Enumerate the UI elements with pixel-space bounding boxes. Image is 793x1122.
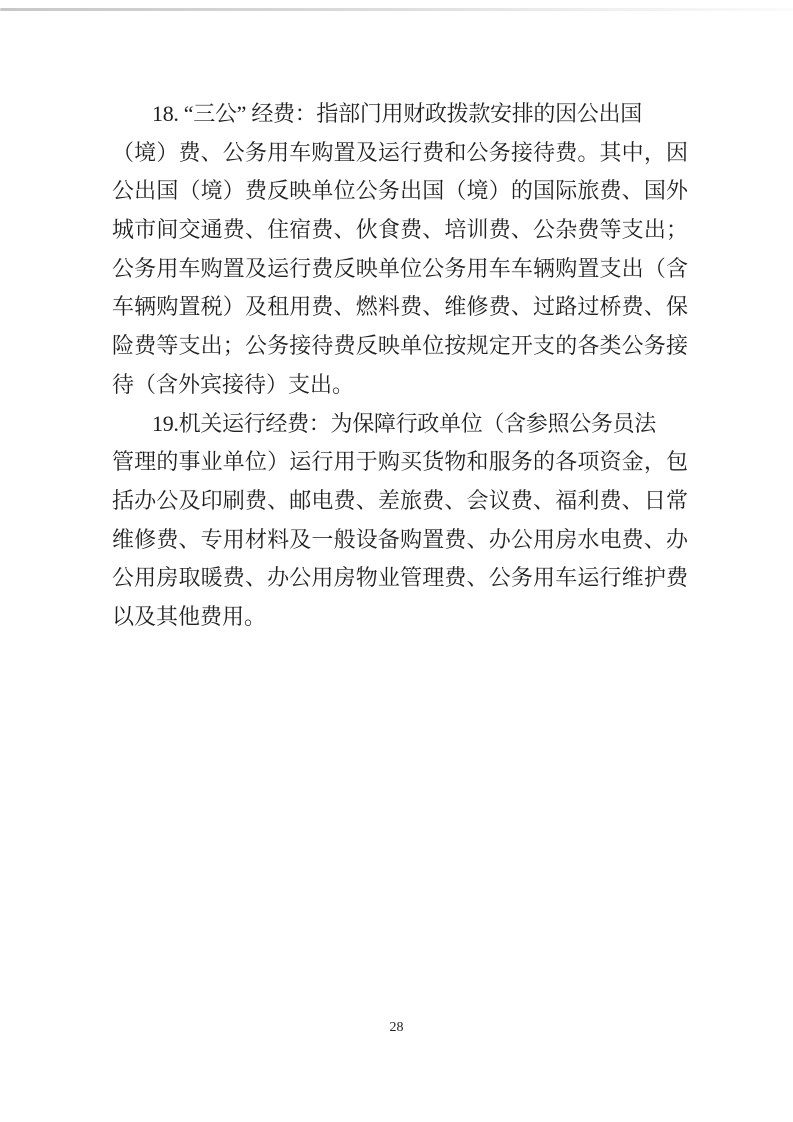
text-line: 公用房取暖费、办公用房物业管理费、公务用车运行维护费 [112, 559, 688, 598]
text-line: 城市间交通费、住宿费、伙食费、培训费、公杂费等支出； [112, 211, 688, 250]
text-line: 管理的事业单位）运行用于购买货物和服务的各项资金，包 [112, 443, 688, 482]
text-line: 18. “三公” 经费：指部门用财政拨款安排的因公出国 [112, 95, 688, 134]
text-line: 公出国（境）费反映单位公务出国（境）的国际旅费、国外 [112, 172, 688, 211]
text-line: 以及其他费用。 [112, 598, 688, 637]
text-line: 维修费、专用材料及一般设备购置费、办公用房水电费、办 [112, 521, 688, 560]
document-page: 18. “三公” 经费：指部门用财政拨款安排的因公出国 （境）费、公务用车购置及… [0, 0, 793, 1122]
text-line: 公务用车购置及运行费反映单位公务用车车辆购置支出（含 [112, 250, 688, 289]
text-line: 待（含外宾接待）支出。 [112, 366, 688, 405]
paragraph-item-19: 19.机关运行经费：为保障行政单位（含参照公务员法 管理的事业单位）运行用于购买… [112, 405, 688, 637]
text-line: 括办公及印刷费、邮电费、差旅费、会议费、福利费、日常 [112, 482, 688, 521]
text-line: 车辆购置税）及租用费、燃料费、维修费、过路过桥费、保 [112, 288, 688, 327]
paragraph-item-18: 18. “三公” 经费：指部门用财政拨款安排的因公出国 （境）费、公务用车购置及… [112, 95, 688, 405]
scan-artifact-line [0, 8, 793, 11]
document-body: 18. “三公” 经费：指部门用财政拨款安排的因公出国 （境）费、公务用车购置及… [112, 95, 688, 637]
page-number: 28 [0, 1020, 793, 1036]
text-line: 险费等支出；公务接待费反映单位按规定开支的各类公务接 [112, 327, 688, 366]
text-line: 19.机关运行经费：为保障行政单位（含参照公务员法 [112, 405, 688, 444]
text-line: （境）费、公务用车购置及运行费和公务接待费。其中，因 [112, 134, 688, 173]
